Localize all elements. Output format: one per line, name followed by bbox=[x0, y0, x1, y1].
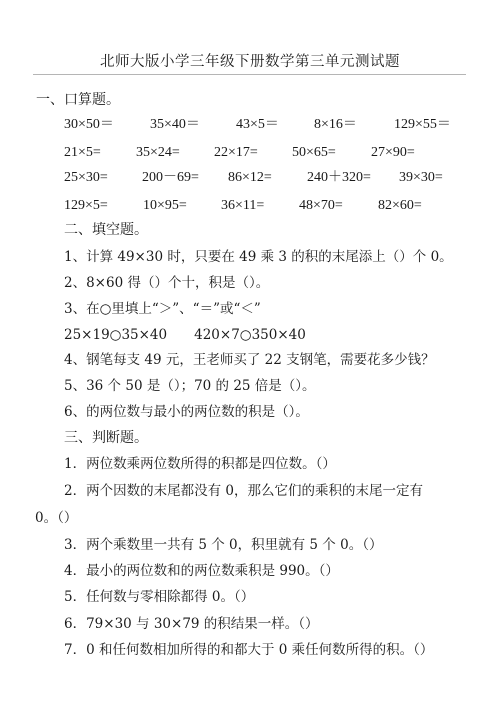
section-3-heading: 三、判断题。 bbox=[64, 430, 148, 446]
calc-item: 39×30= bbox=[399, 170, 443, 186]
true-false-item-1: 1．两位数乘两位数所得的积都是四位数。（） bbox=[64, 456, 336, 472]
calc-row-1: 30×50＝ 35×40＝ 43×5＝ 8×16＝ 129×55＝ bbox=[0, 117, 500, 135]
calc-item: 21×5= bbox=[64, 145, 101, 161]
true-false-item-7: 7．0 和任何数相加所得的和都大于 0 乘任何数所得的积。（） bbox=[64, 642, 433, 658]
true-false-item-2-continued: 0。（） bbox=[35, 510, 77, 526]
fill-blank-item-2: 2、8×60 得（）个十，积是（）。 bbox=[64, 275, 269, 291]
worksheet-title: 北师大版小学三年级下册数学第三单元测试题 bbox=[0, 50, 500, 71]
true-false-item-3: 3．两个乘数里一共有 5 个 0，积里就有 5 个 0。（） bbox=[64, 537, 382, 553]
fill-blank-item-1: 1、计算 49×30 时，只要在 49 乘 3 的积的末尾添上（）个 0。 bbox=[64, 249, 453, 265]
calc-item: 27×90= bbox=[371, 145, 415, 161]
section-2-heading: 二、填空题。 bbox=[64, 222, 148, 238]
calc-item: 43×5＝ bbox=[236, 117, 279, 133]
true-false-item-6: 6．79×30 与 30×79 的积结果一样。（） bbox=[64, 616, 319, 632]
calc-item: 22×17= bbox=[214, 145, 258, 161]
fill-blank-item-3: 3、在○里填上“＞”、“＝”或“＜” bbox=[64, 301, 261, 317]
calc-item: 36×11= bbox=[221, 198, 264, 214]
fill-blank-item-5: 5、36 个 50 是（）；70 的 25 倍是（）。 bbox=[64, 378, 316, 394]
calc-item: 30×50＝ bbox=[64, 117, 114, 133]
calc-row-3: 25×30= 200－69= 86×12= 240＋320= 39×30= bbox=[0, 170, 500, 188]
calc-item: 82×60= bbox=[378, 198, 422, 214]
calc-item: 50×65= bbox=[292, 145, 336, 161]
calc-item: 129×55＝ bbox=[394, 117, 451, 133]
fill-blank-item-6: 6、的两位数与最小的两位数的积是（）。 bbox=[64, 404, 309, 420]
calc-item: 200－69= bbox=[142, 170, 199, 186]
fill-blank-item-4: 4、钢笔每支 49 元，王老师买了 22 支钢笔，需要花多少钱？ bbox=[64, 352, 435, 368]
section-1-heading: 一、口算题。 bbox=[36, 92, 120, 108]
calc-item: 86×12= bbox=[228, 170, 272, 186]
calc-item: 35×40＝ bbox=[150, 117, 200, 133]
fill-blank-item-3-expressions: 25×19○35×40 420×7○350×40 bbox=[64, 327, 306, 343]
calc-item: 8×16＝ bbox=[314, 117, 357, 133]
calc-item: 240＋320= bbox=[307, 170, 371, 186]
calc-item: 10×95= bbox=[143, 198, 187, 214]
calc-item: 35×24= bbox=[136, 145, 180, 161]
calc-row-4: 129×5= 10×95= 36×11= 48×70= 82×60= bbox=[0, 198, 500, 216]
true-false-item-2: 2．两个因数的末尾都没有 0，那么它们的乘积的末尾一定有 bbox=[64, 483, 423, 499]
calc-row-2: 21×5= 35×24= 22×17= 50×65= 27×90= bbox=[0, 145, 500, 163]
title-divider bbox=[33, 74, 466, 75]
true-false-item-5: 5．任何数与零相除都得 0。（） bbox=[64, 589, 254, 605]
true-false-item-4: 4．最小的两位数和的两位数乘积是 990。（） bbox=[64, 563, 339, 579]
calc-item: 48×70= bbox=[299, 198, 343, 214]
calc-item: 25×30= bbox=[64, 170, 108, 186]
worksheet-page: 北师大版小学三年级下册数学第三单元测试题 一、口算题。 30×50＝ 35×40… bbox=[0, 0, 500, 708]
calc-item: 129×5= bbox=[64, 198, 108, 214]
